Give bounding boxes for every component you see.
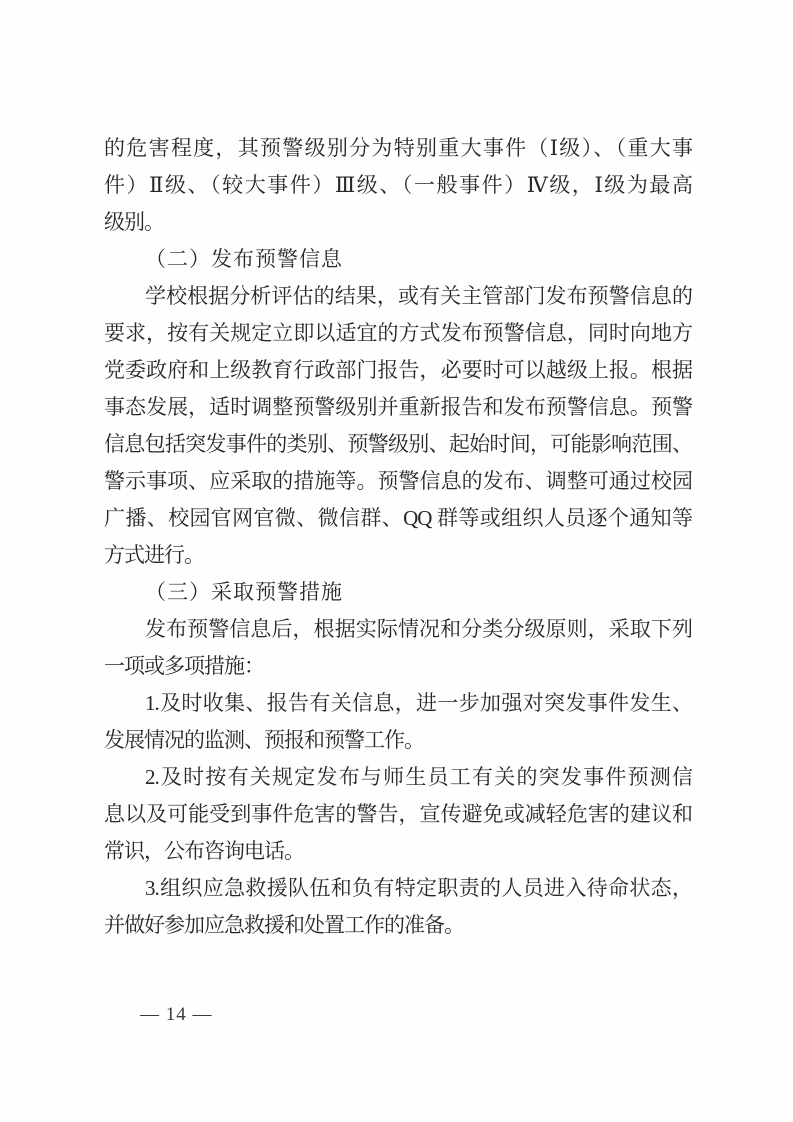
text-line: 发布预警信息后，根据实际情况和分类分级原则，采取下列: [104, 611, 692, 648]
section-heading: （三）采取预警措施: [104, 574, 692, 611]
text-line: 要求，按有关规定立即以适宜的方式发布预警信息，同时向地方: [104, 315, 692, 352]
list-item-line: 3.组织应急救援队伍和负有特定职责的人员进入待命状态，: [104, 870, 692, 907]
text-line: 学校根据分析评估的结果，或有关主管部门发布预警信息的: [104, 278, 692, 315]
text-line: 一项或多项措施：: [104, 648, 692, 685]
text-line: 信息包括突发事件的类别、预警级别、起始时间，可能影响范围、: [104, 426, 692, 463]
text-line: 的危害程度，其预警级别分为特别重大事件（Ⅰ级）、（重大事: [104, 130, 692, 167]
text-line: 件）Ⅱ级、（较大事件）Ⅲ级、（一般事件）Ⅳ级，Ⅰ级为最高: [104, 167, 692, 204]
text-line: 息以及可能受到事件危害的警告，宣传避免或减轻危害的建议和: [104, 796, 692, 833]
document-body: 的危害程度，其预警级别分为特别重大事件（Ⅰ级）、（重大事 件）Ⅱ级、（较大事件）…: [104, 130, 692, 944]
text-line: 方式进行。: [104, 537, 692, 574]
document-page: 的危害程度，其预警级别分为特别重大事件（Ⅰ级）、（重大事 件）Ⅱ级、（较大事件）…: [0, 0, 793, 1122]
list-item-line: 1.及时收集、报告有关信息，进一步加强对突发事件发生、: [104, 685, 692, 722]
section-heading: （二）发布预警信息: [104, 241, 692, 278]
text-line: 党委政府和上级教育行政部门报告，必要时可以越级上报。根据: [104, 352, 692, 389]
text-line: 警示事项、应采取的措施等。预警信息的发布、调整可通过校园: [104, 463, 692, 500]
text-line: 事态发展，适时调整预警级别并重新报告和发布预警信息。预警: [104, 389, 692, 426]
text-line: 广播、校园官网官微、微信群、QQ 群等或组织人员逐个通知等: [104, 500, 692, 537]
page-number: — 14 —: [140, 1004, 213, 1026]
text-line: 级别。: [104, 204, 692, 241]
text-line: 并做好参加应急救援和处置工作的准备。: [104, 907, 692, 944]
text-line: 发展情况的监测、预报和预警工作。: [104, 722, 692, 759]
list-item-line: 2.及时按有关规定发布与师生员工有关的突发事件预测信: [104, 759, 692, 796]
text-line: 常识，公布咨询电话。: [104, 833, 692, 870]
